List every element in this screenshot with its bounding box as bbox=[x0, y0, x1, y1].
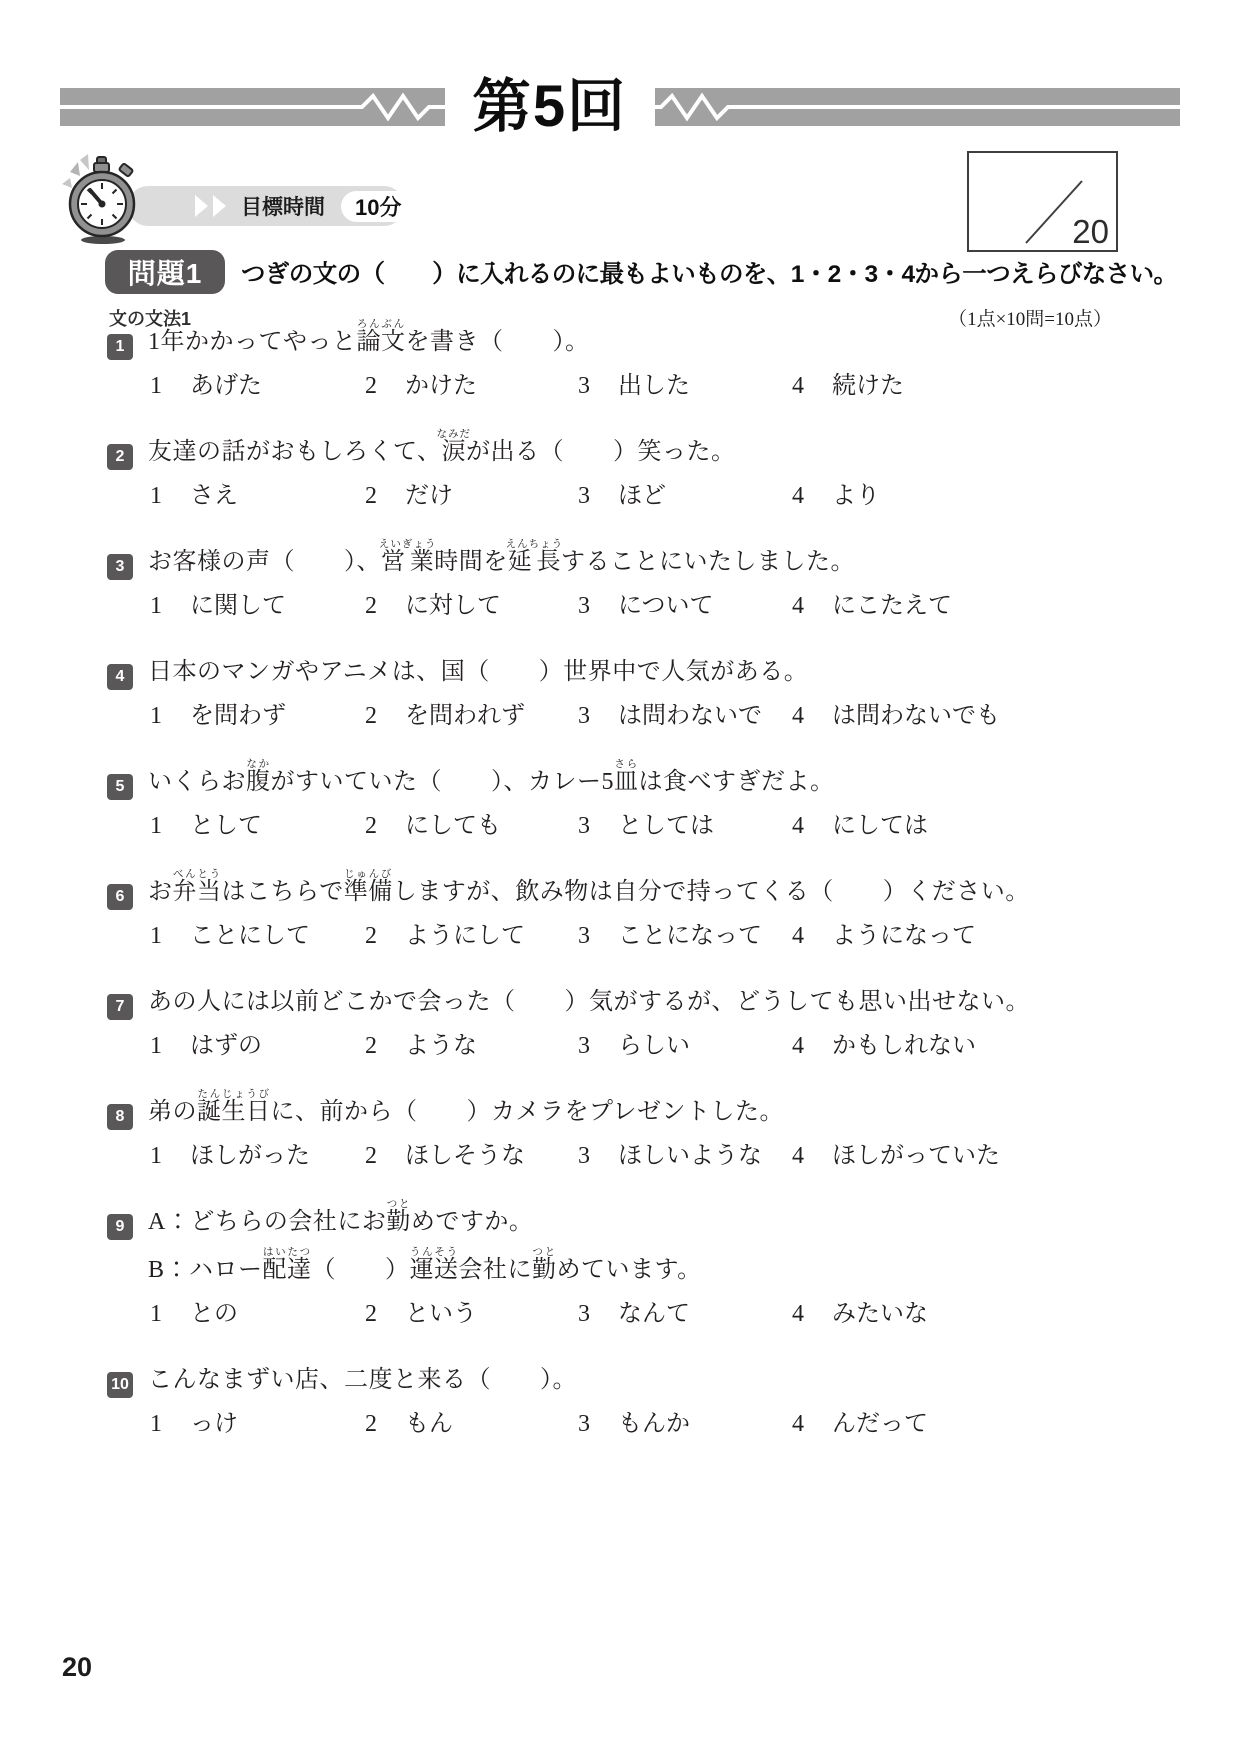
question-block: 2 友達の話がおもしろくて、涙なみだが出る（ ）笑った。 1さえ2だけ3ほど4よ… bbox=[0, 428, 1241, 514]
choice-number: 1 bbox=[150, 1296, 163, 1332]
choice-number: 4 bbox=[792, 588, 805, 624]
choice-number: 1 bbox=[150, 918, 163, 954]
choice: 4かもしれない bbox=[792, 1028, 1241, 1064]
choice-number: 2 bbox=[365, 808, 378, 844]
choice: 4は問わないでも bbox=[792, 698, 1241, 734]
choice-text: を問わず bbox=[190, 703, 286, 729]
problem-instruction: つぎの文の（ ）に入れるのに最もよいものを、1・2・3・4から一つえらびなさい。 bbox=[241, 255, 1177, 290]
question-number-badge: 1 bbox=[107, 334, 133, 360]
choice: 3なんて bbox=[578, 1296, 792, 1332]
choice-number: 2 bbox=[365, 588, 378, 624]
choices-row: 1に関して2に対して3について4にこたえて bbox=[0, 588, 1241, 624]
choice-number: 2 bbox=[365, 1296, 378, 1332]
choice-text: にしては bbox=[832, 813, 928, 839]
question-block: 1 1年かかってやっと論文ろんぶんを書き（ ）。 1あげた2かけた3出した4続け… bbox=[0, 318, 1241, 404]
choice-text: を問われず bbox=[405, 703, 525, 729]
choice: 3について bbox=[578, 588, 792, 624]
choice: 3ことになって bbox=[578, 918, 792, 954]
question-number-badge: 3 bbox=[107, 554, 133, 580]
choices-row: 1ことにして2ようにして3ことになって4ようになって bbox=[0, 918, 1241, 954]
question-text: こんなまずい店、二度と来る（ ）。 bbox=[148, 1356, 1241, 1404]
question-number-badge: 5 bbox=[107, 774, 133, 800]
choice: 4にしては bbox=[792, 808, 1241, 844]
choice: 1あげた bbox=[150, 368, 365, 404]
choice-text: 出した bbox=[618, 373, 690, 399]
choice-text: は問わないでも bbox=[832, 703, 1000, 729]
choice-number: 2 bbox=[365, 478, 378, 514]
question-block: 3 お客様の声（ ）、営業えいぎょう時間を延長えんちょうすることにいたしました。… bbox=[0, 538, 1241, 624]
choice-number: 1 bbox=[150, 588, 163, 624]
choice-text: ほしがっていた bbox=[832, 1143, 1000, 1169]
choice: 3ほど bbox=[578, 478, 792, 514]
question-number-badge: 9 bbox=[107, 1214, 133, 1240]
question-block: 10 こんなまずい店、二度と来る（ ）。 1っけ2もん3もんか4んだって bbox=[0, 1356, 1241, 1442]
choice-number: 2 bbox=[365, 1138, 378, 1174]
question-text: B：ハロー配達はいたつ（ ）運送うんそう会社に勤つとめています。 bbox=[148, 1246, 1241, 1294]
choice-text: んだって bbox=[832, 1411, 928, 1437]
question-block: 8 弟の誕生日たんじょうびに、前から（ ）カメラをプレゼントした。 1ほしがった… bbox=[0, 1088, 1241, 1174]
choice-text: という bbox=[405, 1301, 477, 1327]
choice-text: ほしいような bbox=[618, 1143, 762, 1169]
question-block: 7 あの人には以前どこかで会った（ ）気がするが、どうしても思い出せない。 1は… bbox=[0, 978, 1241, 1064]
choice-text: ほど bbox=[618, 483, 666, 509]
question-text: お弁当べんとうはこちらで準備じゅんびしますが、飲み物は自分で持ってくる（ ）くだ… bbox=[148, 868, 1241, 916]
question-text: A：どちらの会社にお勤つとめですか。 bbox=[148, 1198, 1241, 1246]
choice-text: にこたえて bbox=[832, 593, 952, 619]
choice-text: っけ bbox=[190, 1411, 238, 1437]
choice-text: さえ bbox=[190, 483, 238, 509]
choice-text: もんか bbox=[618, 1411, 690, 1437]
choice-text: に関して bbox=[190, 593, 286, 619]
choices-row: 1ほしがった2ほしそうな3ほしいような4ほしがっていた bbox=[0, 1138, 1241, 1174]
choice-text: かけた bbox=[405, 373, 477, 399]
choice: 3出した bbox=[578, 368, 792, 404]
choice: 2に対して bbox=[365, 588, 578, 624]
choice: 4続けた bbox=[792, 368, 1241, 404]
choices-row: 1との2という3なんて4みたいな bbox=[0, 1296, 1241, 1332]
page-number: 20 bbox=[62, 1652, 92, 1683]
question-text: 日本のマンガやアニメは、国（ ）世界中で人気がある。 bbox=[148, 648, 1241, 696]
question-number-badge: 8 bbox=[107, 1104, 133, 1130]
choice: 2もん bbox=[365, 1406, 578, 1442]
choice-number: 1 bbox=[150, 1406, 163, 1442]
choice-number: 3 bbox=[578, 698, 591, 734]
choice-text: だけ bbox=[405, 483, 453, 509]
choice-number: 4 bbox=[792, 1296, 805, 1332]
choice: 2だけ bbox=[365, 478, 578, 514]
choice-number: 4 bbox=[792, 1406, 805, 1442]
choice-number: 1 bbox=[150, 478, 163, 514]
questions-list: 1 1年かかってやっと論文ろんぶんを書き（ ）。 1あげた2かけた3出した4続け… bbox=[0, 318, 1241, 1466]
choices-row: 1を問わず2を問われず3は問わないで4は問わないでも bbox=[0, 698, 1241, 734]
question-text: 弟の誕生日たんじょうびに、前から（ ）カメラをプレゼントした。 bbox=[148, 1088, 1241, 1136]
choice-text: にしても bbox=[405, 813, 501, 839]
question-content: こんなまずい店、二度と来る（ ）。 bbox=[148, 1356, 1241, 1404]
choice-number: 2 bbox=[365, 368, 378, 404]
choices-row: 1あげた2かけた3出した4続けた bbox=[0, 368, 1241, 404]
question-content: お客様の声（ ）、営業えいぎょう時間を延長えんちょうすることにいたしました。 bbox=[148, 538, 1241, 586]
timer-pill: 目標時間 10分 bbox=[128, 186, 404, 226]
choice: 4んだって bbox=[792, 1406, 1241, 1442]
question-block: 5 いくらお腹なかがすいていた（ ）、カレー5皿さらは食べすぎだよ。 1として2… bbox=[0, 758, 1241, 844]
choice-text: はずの bbox=[190, 1033, 262, 1059]
choice-number: 3 bbox=[578, 588, 591, 624]
question-content: 日本のマンガやアニメは、国（ ）世界中で人気がある。 bbox=[148, 648, 1241, 696]
choice-number: 4 bbox=[792, 1028, 805, 1064]
choice: 1ことにして bbox=[150, 918, 365, 954]
question-block: 4 日本のマンガやアニメは、国（ ）世界中で人気がある。 1を問わず2を問われず… bbox=[0, 648, 1241, 734]
choice-text: みたいな bbox=[832, 1301, 928, 1327]
choice-text: ほしそうな bbox=[405, 1143, 525, 1169]
question-number-badge: 4 bbox=[107, 664, 133, 690]
choice-text: ことになって bbox=[618, 923, 762, 949]
question-block: 9 A：どちらの会社にお勤つとめですか。B：ハロー配達はいたつ（ ）運送うんそう… bbox=[0, 1198, 1241, 1332]
choice: 2という bbox=[365, 1296, 578, 1332]
choice-number: 3 bbox=[578, 1028, 591, 1064]
choice-number: 3 bbox=[578, 1296, 591, 1332]
problem-badge: 問題1 bbox=[105, 250, 225, 294]
question-content: 弟の誕生日たんじょうびに、前から（ ）カメラをプレゼントした。 bbox=[148, 1088, 1241, 1136]
timer-value: 10分 bbox=[355, 191, 401, 222]
choice-number: 3 bbox=[578, 368, 591, 404]
choice: 1っけ bbox=[150, 1406, 365, 1442]
question-text: 1年かかってやっと論文ろんぶんを書き（ ）。 bbox=[148, 318, 1241, 366]
timer-value-pill: 10分 bbox=[341, 191, 415, 222]
choice: 1さえ bbox=[150, 478, 365, 514]
header-bar-right bbox=[655, 88, 1180, 126]
choice: 3らしい bbox=[578, 1028, 792, 1064]
choice: 1として bbox=[150, 808, 365, 844]
choice: 4みたいな bbox=[792, 1296, 1241, 1332]
choice: 4より bbox=[792, 478, 1241, 514]
choice: 3もんか bbox=[578, 1406, 792, 1442]
page-title: 第5回 bbox=[445, 78, 655, 136]
choice-number: 4 bbox=[792, 918, 805, 954]
choice: 2ようにして bbox=[365, 918, 578, 954]
choice-number: 2 bbox=[365, 1028, 378, 1064]
choice-number: 4 bbox=[792, 478, 805, 514]
score-box: 20 bbox=[967, 151, 1118, 252]
timer: 目標時間 10分 bbox=[56, 150, 356, 245]
choice-text: ほしがった bbox=[190, 1143, 310, 1169]
choice-number: 3 bbox=[578, 1406, 591, 1442]
choice-number: 2 bbox=[365, 918, 378, 954]
choice-text: としては bbox=[618, 813, 714, 839]
choice-number: 3 bbox=[578, 918, 591, 954]
choice: 4ほしがっていた bbox=[792, 1138, 1241, 1174]
question-text: あの人には以前どこかで会った（ ）気がするが、どうしても思い出せない。 bbox=[148, 978, 1241, 1026]
choice: 4にこたえて bbox=[792, 588, 1241, 624]
question-content: お弁当べんとうはこちらで準備じゅんびしますが、飲み物は自分で持ってくる（ ）くだ… bbox=[148, 868, 1241, 916]
choice-number: 4 bbox=[792, 698, 805, 734]
choice-text: について bbox=[618, 593, 714, 619]
choice-number: 1 bbox=[150, 1028, 163, 1064]
choice: 4ようになって bbox=[792, 918, 1241, 954]
choice: 1ほしがった bbox=[150, 1138, 365, 1174]
choice-number: 1 bbox=[150, 808, 163, 844]
choice: 1に関して bbox=[150, 588, 365, 624]
choice: 3ほしいような bbox=[578, 1138, 792, 1174]
timer-label: 目標時間 bbox=[241, 191, 325, 221]
choice: 1を問わず bbox=[150, 698, 365, 734]
question-text: お客様の声（ ）、営業えいぎょう時間を延長えんちょうすることにいたしました。 bbox=[148, 538, 1241, 586]
choice-text: として bbox=[190, 813, 262, 839]
choice-text: ようになって bbox=[832, 923, 976, 949]
choice: 2を問われず bbox=[365, 698, 578, 734]
choice-text: より bbox=[832, 483, 880, 509]
choice-number: 1 bbox=[150, 368, 163, 404]
double-chevron-icon bbox=[194, 194, 227, 218]
choice-text: もん bbox=[405, 1411, 453, 1437]
choice-text: あげた bbox=[190, 373, 262, 399]
header-bar-left bbox=[60, 88, 445, 126]
question-content: 1年かかってやっと論文ろんぶんを書き（ ）。 bbox=[148, 318, 1241, 366]
question-content: A：どちらの会社にお勤つとめですか。B：ハロー配達はいたつ（ ）運送うんそう会社… bbox=[148, 1198, 1241, 1294]
question-number-badge: 10 bbox=[107, 1372, 133, 1398]
choice-text: は問わないで bbox=[618, 703, 762, 729]
choice-text: ようにして bbox=[405, 923, 525, 949]
question-number-badge: 2 bbox=[107, 444, 133, 470]
choice-text: に対して bbox=[405, 593, 501, 619]
question-content: 友達の話がおもしろくて、涙なみだが出る（ ）笑った。 bbox=[148, 428, 1241, 476]
choice-text: ような bbox=[405, 1033, 477, 1059]
question-block: 6 お弁当べんとうはこちらで準備じゅんびしますが、飲み物は自分で持ってくる（ ）… bbox=[0, 868, 1241, 954]
choices-row: 1として2にしても3としては4にしては bbox=[0, 808, 1241, 844]
choice-text: らしい bbox=[618, 1033, 690, 1059]
choice: 2にしても bbox=[365, 808, 578, 844]
choice: 2ような bbox=[365, 1028, 578, 1064]
choice-text: かもしれない bbox=[832, 1033, 976, 1059]
choice-number: 3 bbox=[578, 478, 591, 514]
choice-number: 1 bbox=[150, 698, 163, 734]
question-number-badge: 6 bbox=[107, 884, 133, 910]
stopwatch-icon bbox=[56, 150, 148, 245]
choice: 2かけた bbox=[365, 368, 578, 404]
choice: 1との bbox=[150, 1296, 365, 1332]
worksheet-page: { "header": { "title": "第5回" }, "score_b… bbox=[0, 0, 1241, 1755]
choice-number: 3 bbox=[578, 1138, 591, 1174]
choice-text: ことにして bbox=[190, 923, 310, 949]
choices-row: 1っけ2もん3もんか4んだって bbox=[0, 1406, 1241, 1442]
choice-text: なんて bbox=[618, 1301, 690, 1327]
choices-row: 1さえ2だけ3ほど4より bbox=[0, 478, 1241, 514]
choice: 1はずの bbox=[150, 1028, 365, 1064]
question-text: いくらお腹なかがすいていた（ ）、カレー5皿さらは食べすぎだよ。 bbox=[148, 758, 1241, 806]
question-number-badge: 7 bbox=[107, 994, 133, 1020]
score-total: 20 bbox=[1072, 215, 1109, 248]
choice: 2ほしそうな bbox=[365, 1138, 578, 1174]
question-text: 友達の話がおもしろくて、涙なみだが出る（ ）笑った。 bbox=[148, 428, 1241, 476]
choice-number: 1 bbox=[150, 1138, 163, 1174]
choice-text: 続けた bbox=[832, 373, 904, 399]
choice: 3としては bbox=[578, 808, 792, 844]
choice-number: 2 bbox=[365, 1406, 378, 1442]
question-content: あの人には以前どこかで会った（ ）気がするが、どうしても思い出せない。 bbox=[148, 978, 1241, 1026]
choice-number: 2 bbox=[365, 698, 378, 734]
choice-number: 4 bbox=[792, 368, 805, 404]
choice-number: 3 bbox=[578, 808, 591, 844]
choice-number: 4 bbox=[792, 1138, 805, 1174]
header: 第5回 bbox=[60, 78, 1180, 136]
choice-number: 4 bbox=[792, 808, 805, 844]
choices-row: 1はずの2ような3らしい4かもしれない bbox=[0, 1028, 1241, 1064]
choice-text: との bbox=[190, 1301, 238, 1327]
question-content: いくらお腹なかがすいていた（ ）、カレー5皿さらは食べすぎだよ。 bbox=[148, 758, 1241, 806]
choice: 3は問わないで bbox=[578, 698, 792, 734]
